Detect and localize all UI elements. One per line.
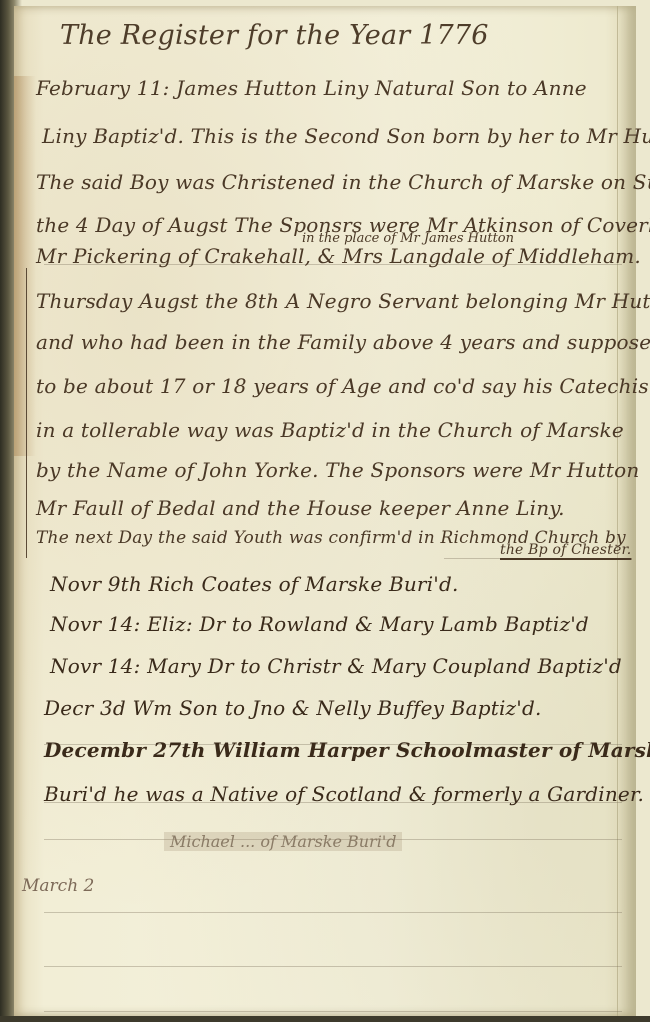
entry-line: Mr Pickering of Crakehall, & Mrs Langdal… [36, 244, 641, 268]
entry-line: Mr Faull of Bedal and the House keeper A… [36, 496, 565, 520]
entry-line: Decr 3d Wm Son to Jno & Nelly Buffey Bap… [44, 696, 542, 720]
entry-line: Novr 14: Eliz: Dr to Rowland & Mary Lamb… [50, 612, 589, 636]
entry-line: Liny Baptiz'd. This is the Second Son bo… [42, 124, 650, 148]
trailing-date-note: March 2 [22, 876, 94, 896]
margin-bracket [26, 268, 27, 558]
entry-line: February 11: James Hutton Liny Natural S… [36, 76, 587, 100]
ruled-line [44, 912, 622, 913]
scanned-register-page: The Register for the Year 1776 February … [0, 0, 650, 1022]
page-edge [617, 6, 636, 1016]
ruled-line [44, 966, 622, 967]
entry-line: and who had been in the Family above 4 y… [36, 330, 650, 354]
entry-line: Buri'd he was a Native of Scotland & for… [44, 782, 644, 806]
ruled-line [44, 1011, 622, 1012]
entry-line: The said Boy was Christened in the Churc… [36, 170, 650, 194]
entry-line-continuation: the Bp of Chester. [500, 542, 631, 558]
entry-line: to be about 17 or 18 years of Age and co… [36, 374, 650, 398]
entry-line: by the Name of John Yorke. The Sponsors … [36, 458, 639, 482]
entry-line: Thursday Augst the 8th A Negro Servant b… [36, 289, 650, 313]
register-title: The Register for the Year 1776 [60, 20, 489, 51]
ruled-line [444, 558, 622, 559]
entry-line: in a tollerable way was Baptiz'd in the … [36, 418, 624, 442]
entry-line: Novr 9th Rich Coates of Marske Buri'd. [50, 572, 459, 596]
water-stain [14, 76, 36, 456]
manuscript-page: The Register for the Year 1776 February … [14, 6, 636, 1016]
scan-border [0, 1016, 650, 1022]
entry-line: Novr 14: Mary Dr to Christr & Mary Coupl… [50, 654, 622, 678]
struck-out-entry: Michael ... of Marske Buri'd [164, 832, 402, 851]
entry-line: Decembr 27th William Harper Schoolmaster… [44, 738, 650, 762]
